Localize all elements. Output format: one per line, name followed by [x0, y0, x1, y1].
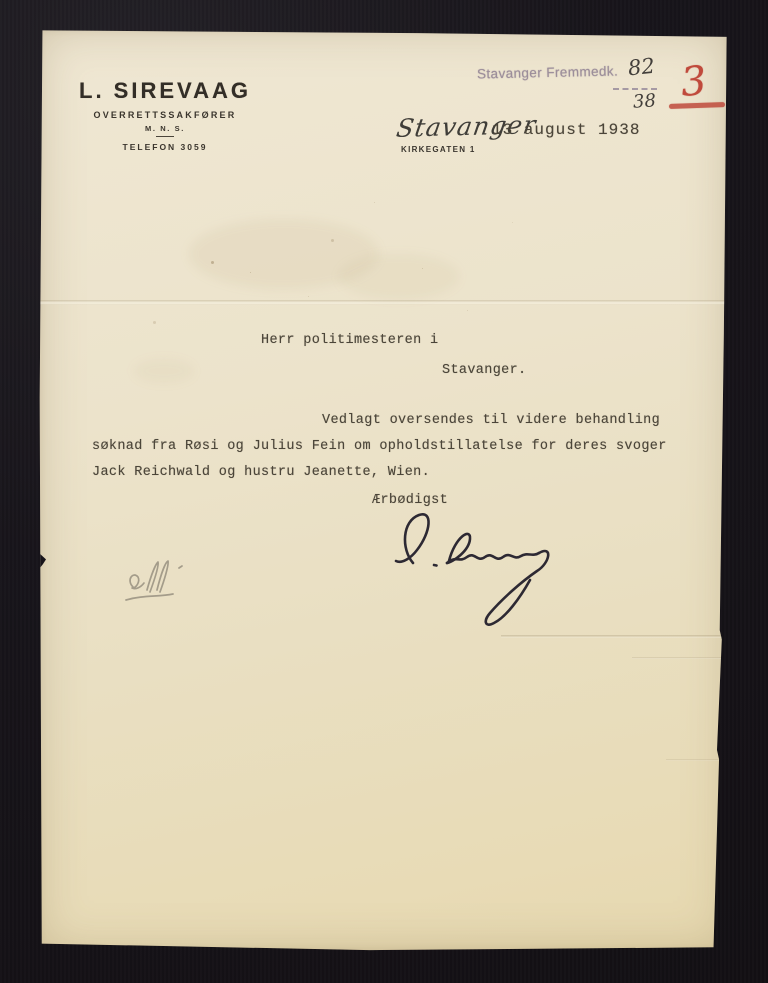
letterhead-street: KIRKEGATEN 1 [401, 145, 476, 154]
paper-stain [339, 254, 459, 299]
pencil-annotation [121, 557, 201, 615]
fold-crease-top [39, 300, 728, 305]
recipient-line-2: Stavanger. [442, 363, 527, 378]
letterhead-name: L. SIREVAAG [79, 78, 251, 104]
typed-date: 13 august 1938 [492, 121, 640, 139]
red-case-number-underline [669, 102, 725, 109]
journal-number-top: 82 [627, 54, 656, 81]
paper-stain [189, 219, 379, 289]
letterhead: L. SIREVAAG OVERRETTSSAKFØRER M. N. S. T… [79, 78, 251, 152]
letterhead-credentials: M. N. S. [79, 124, 251, 133]
paper-edge-shading [39, 29, 728, 951]
body-line-3: Jack Reichwald og hustru Jeanette, Wien. [92, 465, 430, 480]
paper-edge-tear [39, 553, 46, 569]
fold-crease-right-lower [632, 657, 728, 659]
letter-paper: L. SIREVAAG OVERRETTSSAKFØRER M. N. S. T… [39, 29, 728, 951]
body-line-2: søknad fra Røsi og Julius Fein om ophold… [92, 439, 667, 454]
red-case-number: 3 [679, 58, 708, 106]
journal-number-bottom: 38 [632, 90, 656, 113]
fold-crease-right-bottom [666, 759, 728, 761]
paper-speckles [211, 261, 214, 264]
received-stamp: Stavanger Fremmedk. [477, 64, 618, 82]
letterhead-title: OVERRETTSSAKFØRER [79, 110, 251, 120]
recipient-line-1: Herr politimesteren i [261, 333, 438, 348]
signature-sirevaag [357, 501, 569, 637]
letterhead-divider [156, 136, 174, 137]
body-line-1: Vedlagt oversendes til videre behandling [322, 413, 660, 428]
paper-stain [134, 359, 194, 383]
letterhead-phone: TELEFON 3059 [79, 142, 251, 152]
